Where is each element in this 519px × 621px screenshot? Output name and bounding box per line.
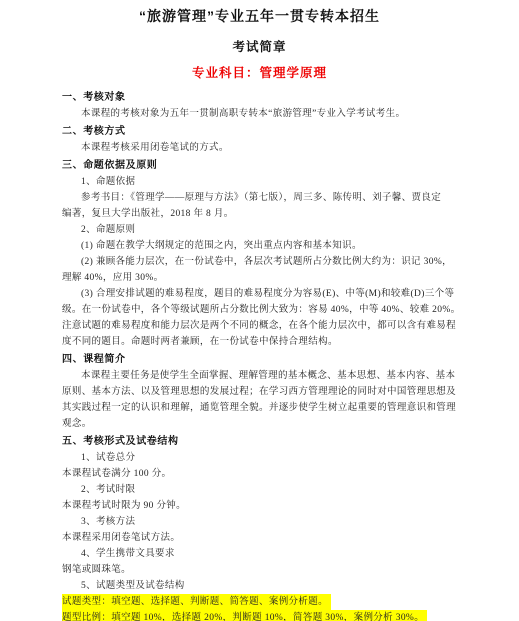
- section-heading: 二、考核方式: [62, 124, 461, 140]
- body-line: 观念。: [62, 416, 461, 432]
- body-line: 注意试题的难易程度和能力层次是两个不同的概念，在各个能力层次中，都可以含有难易程: [62, 318, 461, 334]
- highlight-line: 试题类型：填空题、选择题、判断题、简答题、案例分析题。: [62, 594, 331, 610]
- body-line: (3) 合理安排试题的难易程度，题目的难易程度分为容易(E)、中等(M)和较难(…: [62, 286, 461, 302]
- section-heading: 三、命题依据及原则: [62, 158, 461, 174]
- body-line: 参考书目：《管理学——原理与方法》（第七版），周三多、陈传明、刘子馨、贾良定: [62, 190, 461, 206]
- body-line: 钢笔或圆珠笔。: [62, 562, 461, 578]
- body-line: (2) 兼顾各能力层次，在一份试卷中，各层次考试题所占分数比例大约为：识记 30…: [62, 254, 461, 270]
- body-line: 2、考试时限: [62, 482, 461, 498]
- body-line: 5、试题类型及试卷结构: [62, 578, 461, 594]
- body-line: 本课程试卷满分 100 分。: [62, 466, 461, 482]
- body-line: 本课程主要任务是使学生全面掌握、理解管理的基本概念、基本思想、基本内容、基本: [62, 368, 461, 384]
- body-line: 度不同的题目。命题时两者兼顾，在一份试卷中保持合理结构。: [62, 334, 461, 350]
- body-line: 4、学生携带文具要求: [62, 546, 461, 562]
- body-line: 1、命题依据: [62, 174, 461, 190]
- body-line: 级。在一份试卷中，各个等级试题所占分数比例大致为：容易 40%，中等 40%、较…: [62, 302, 461, 318]
- body-line: 本课程考核采用闭卷笔试的方式。: [62, 140, 461, 156]
- body-line: 2、命题原则: [62, 222, 461, 238]
- section-heading: 一、考核对象: [62, 90, 461, 106]
- body-line: 其实践过程一定的认识和理解，通览管理全貌。并逐步使学生树立起重要的管理意识和管理: [62, 400, 461, 416]
- subject-line: 专业科目：管理学原理: [0, 65, 519, 82]
- body-line: 本课程采用闭卷笔试方法。: [62, 530, 461, 546]
- body-line: 编著，复旦大学出版社，2018 年 8 月。: [62, 206, 461, 222]
- document-page: “旅游管理”专业五年一贯专转本招生 考试简章 专业科目：管理学原理 一、考核对象…: [0, 0, 519, 621]
- body-line: 本课程的考核对象为五年一贯制高职专转本“旅游管理”专业入学考试考生。: [62, 106, 461, 122]
- section-heading: 五、考核形式及试卷结构: [62, 434, 461, 450]
- page-subtitle: 考试简章: [0, 39, 519, 55]
- page-title: “旅游管理”专业五年一贯专转本招生: [0, 7, 519, 25]
- body-line: 1、试卷总分: [62, 450, 461, 466]
- body-line: 本课程考试时限为 90 分钟。: [62, 498, 461, 514]
- body-line: 理解 40%，应用 30%。: [62, 270, 461, 286]
- body-line: (1) 命题在教学大纲规定的范围之内，突出重点内容和基本知识。: [62, 238, 461, 254]
- body-line: 3、考核方法: [62, 514, 461, 530]
- document-body: 一、考核对象本课程的考核对象为五年一贯制高职专转本“旅游管理”专业入学考试考生。…: [0, 90, 519, 621]
- body-line: 原则、基本方法、以及管理思想的发展过程；在学习西方管理理论的同时对中国管理思想及: [62, 384, 461, 400]
- highlight-line: 题型比例：填空题 10%，选择题 20%，判断题 10%，简答题 30%，案例分…: [62, 610, 427, 621]
- section-heading: 四、课程简介: [62, 352, 461, 368]
